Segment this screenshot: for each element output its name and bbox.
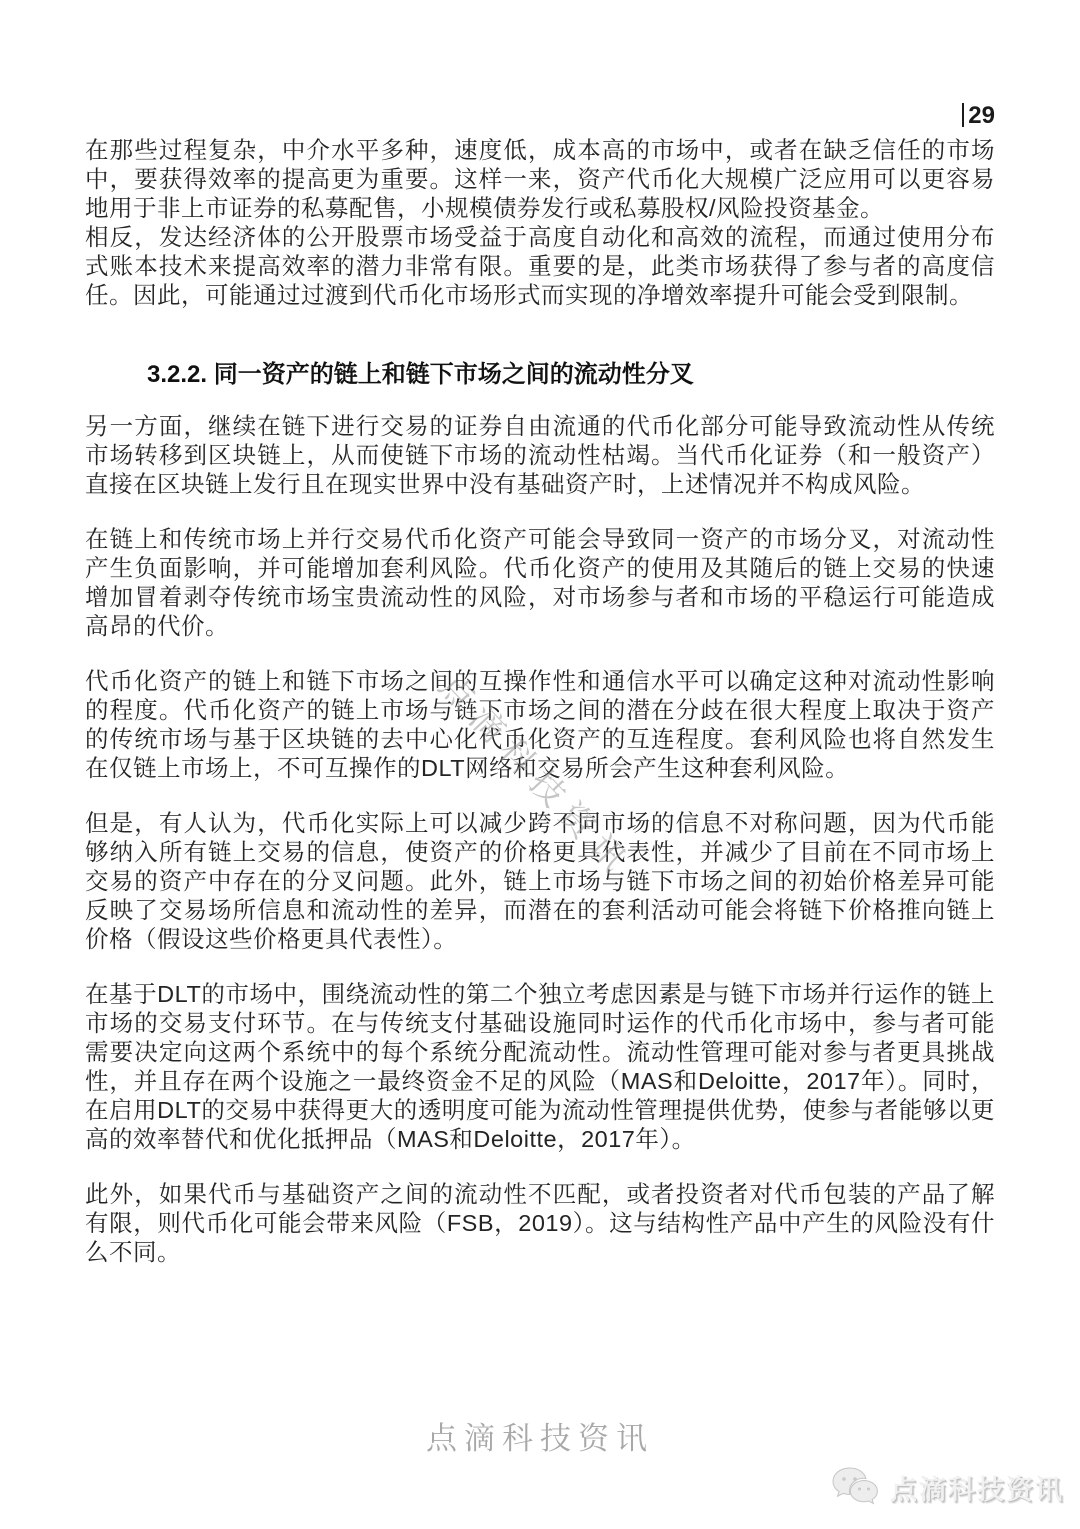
section-paragraph-1: 另一方面，继续在链下进行交易的证券自由流通的代币化部分可能导致流动性从传统市场转… xyxy=(85,412,995,499)
section-paragraph-3: 代币化资产的链上和链下市场之间的互操作性和通信水平可以确定这种对流动性影响的程度… xyxy=(85,667,995,783)
document-body: 29 在那些过程复杂，中介水平多种，速度低，成本高的市场中，或者在缺乏信任的市场… xyxy=(85,100,995,1267)
section-paragraph-5: 在基于DLT的市场中，围绕流动性的第二个独立考虑因素是与链下市场并行运作的链上市… xyxy=(85,980,995,1154)
page-number-divider xyxy=(962,103,964,127)
document-page: 29 在那些过程复杂，中介水平多种，速度低，成本高的市场中，或者在缺乏信任的市场… xyxy=(0,0,1080,1529)
intro-paragraph-1: 在那些过程复杂，中介水平多种，速度低，成本高的市场中，或者在缺乏信任的市场中，要… xyxy=(85,136,995,223)
footer-watermark: 点滴科技资讯 xyxy=(0,1413,1080,1458)
section-paragraph-2: 在链上和传统市场上并行交易代币化资产可能会导致同一资产的市场分叉，对流动性产生负… xyxy=(85,525,995,641)
section-paragraph-4: 但是，有人认为，代币化实际上可以减少跨不同市场的信息不对称问题，因为代币能够纳入… xyxy=(85,809,995,954)
wechat-icon xyxy=(830,1466,882,1508)
intro-paragraph-2: 相反，发达经济体的公开股票市场受益于高度自动化和高效的流程，而通过使用分布式账本… xyxy=(85,223,995,310)
page-number: 29 xyxy=(85,100,995,132)
page-number-value: 29 xyxy=(968,102,995,129)
section-heading: 3.2.2. 同一资产的链上和链下市场之间的流动性分叉 xyxy=(85,360,995,390)
brand-label: 点滴科技资讯 xyxy=(890,1468,1064,1507)
section-paragraph-6: 此外，如果代币与基础资产之间的流动性不匹配，或者投资者对代币包装的产品了解有限，… xyxy=(85,1180,995,1267)
brand-watermark: 点滴科技资讯 xyxy=(830,1466,1064,1508)
